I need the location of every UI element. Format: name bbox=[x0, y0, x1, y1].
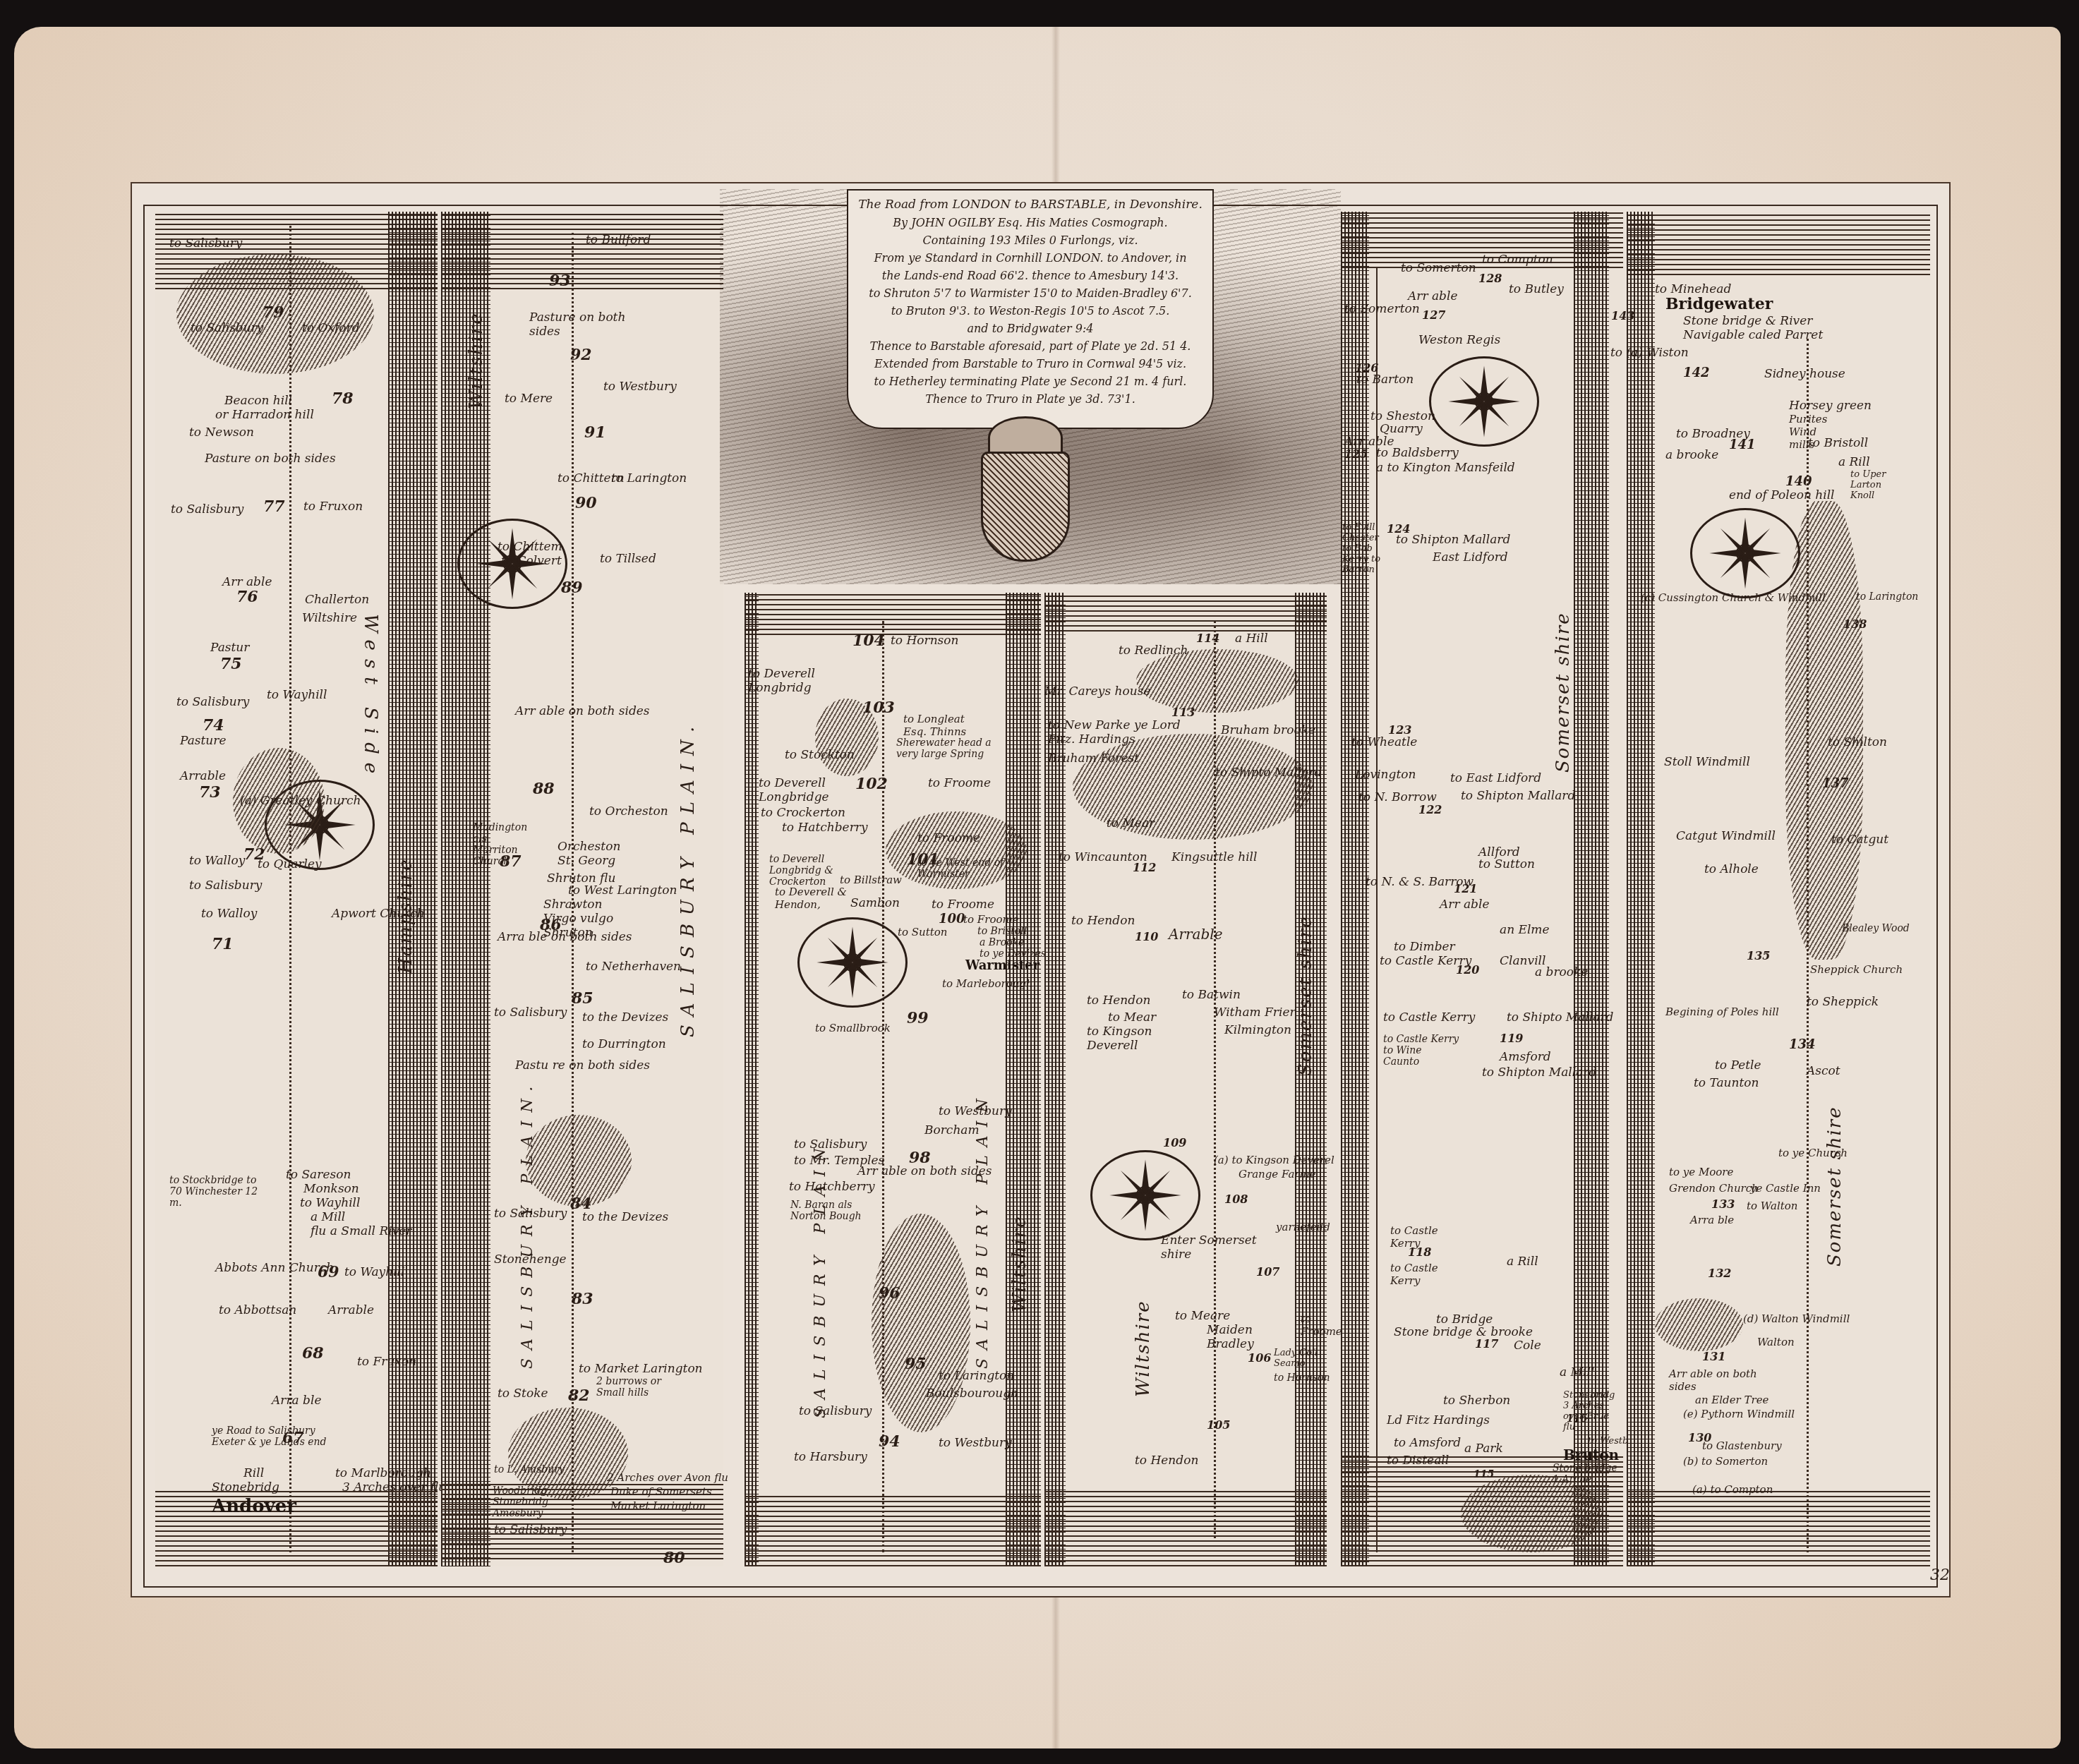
label: Orcheston St. Georg bbox=[558, 840, 621, 868]
label: ye Castle Inn bbox=[1750, 1182, 1821, 1195]
mile-marker: 132 bbox=[1708, 1267, 1731, 1280]
label: Market Larington bbox=[610, 1499, 706, 1512]
label: (a) to Kingson Deverel bbox=[1214, 1154, 1334, 1166]
mile-marker: 69 bbox=[318, 1263, 339, 1281]
mile-marker: 122 bbox=[1418, 803, 1442, 816]
label: to (a) Wiston bbox=[1610, 346, 1689, 360]
mile-marker: 125 bbox=[1344, 447, 1368, 461]
label: ye Road to Salisbury Exeter & ye Lands e… bbox=[212, 1425, 332, 1448]
label: Enter Somerset shire bbox=[1161, 1233, 1260, 1262]
label: 2 Arches over Avon flu bbox=[607, 1471, 728, 1484]
label: Bruham Forest bbox=[1048, 751, 1139, 766]
region-label: SALISBURY PLAIN bbox=[812, 1140, 829, 1418]
scroll-edge-hatching bbox=[1627, 212, 1655, 1566]
mile-marker: 119 bbox=[1500, 1032, 1523, 1045]
mile-marker: 78 bbox=[332, 389, 354, 408]
label: to Bristoll bbox=[977, 926, 1027, 937]
label: Stoll Windmill bbox=[1664, 755, 1750, 769]
label: to Mear bbox=[1107, 816, 1155, 830]
mile-marker: 115 bbox=[1474, 1469, 1494, 1480]
label: to Westbury bbox=[939, 1436, 1012, 1450]
label: Arr able on both sides bbox=[515, 704, 650, 718]
label: a Park bbox=[1464, 1442, 1503, 1456]
cartouche-line: the Lands-end Road 66'2. thence to Amesb… bbox=[848, 267, 1212, 284]
label: to Sutton bbox=[898, 926, 948, 938]
mile-marker: 108 bbox=[1224, 1192, 1248, 1206]
label: Sidney house bbox=[1764, 367, 1845, 381]
scroll-bottom-hatching bbox=[745, 1496, 1041, 1566]
label: to Larington bbox=[939, 1369, 1014, 1383]
mile-marker: 112 bbox=[1133, 861, 1156, 874]
label: to Alhole bbox=[1704, 862, 1759, 876]
mile-marker: 131 bbox=[1702, 1350, 1725, 1363]
label: Lovington bbox=[1355, 768, 1416, 782]
label: Maiden Bradley bbox=[1207, 1323, 1263, 1351]
label: to Salisbury bbox=[189, 878, 262, 893]
label: (e) Pythorn Windmill bbox=[1683, 1408, 1795, 1420]
hill-icon bbox=[526, 1115, 632, 1207]
label: to Taunton bbox=[1694, 1076, 1759, 1090]
label: to Orcheston bbox=[589, 804, 668, 818]
label: to L. Amsbury bbox=[494, 1464, 565, 1475]
mile-marker: 109 bbox=[1163, 1136, 1186, 1149]
label: Wiltshire bbox=[302, 611, 357, 625]
label: to Mear bbox=[1108, 1010, 1156, 1025]
hill-icon bbox=[1655, 1298, 1743, 1351]
label: Monkson bbox=[303, 1182, 359, 1196]
label: to Butley bbox=[1509, 282, 1564, 296]
label: to Shipton Mallard bbox=[1396, 533, 1510, 547]
label: to Redlinch bbox=[1119, 644, 1188, 658]
cartouche-line: By JOHN OGILBY Esq. His Maties Cosmograp… bbox=[848, 214, 1212, 231]
label: to Petle bbox=[1715, 1058, 1761, 1073]
label: Stonebridg bbox=[212, 1480, 279, 1494]
label: to Salisbury bbox=[171, 502, 243, 516]
mile-marker: 117 bbox=[1475, 1337, 1498, 1351]
label: a Mill bbox=[1560, 1365, 1594, 1379]
label: to Bridge bbox=[1436, 1312, 1493, 1327]
cartouche-line: From ye Standard in Cornhill LONDON. to … bbox=[848, 249, 1212, 267]
label: to Sherbon bbox=[1443, 1394, 1510, 1408]
region-label: Wiltshire bbox=[1009, 1215, 1030, 1312]
mile-marker: 127 bbox=[1422, 308, 1445, 322]
town-bruton: Bruton bbox=[1563, 1446, 1619, 1463]
label: Stonebridg 3 Arches over Brue flu bbox=[1563, 1390, 1623, 1432]
label: Quarry bbox=[1380, 422, 1423, 436]
label: to Bullford bbox=[586, 233, 651, 247]
label: to Marlborough bbox=[335, 1466, 431, 1480]
mile-marker: 82 bbox=[568, 1387, 590, 1405]
label: to East Lidford bbox=[1450, 771, 1541, 785]
mile-marker: 94 bbox=[879, 1432, 900, 1451]
label: to Wayhill bbox=[300, 1196, 360, 1210]
label: flu a Small River bbox=[311, 1224, 411, 1238]
mile-marker: 87 bbox=[500, 852, 522, 871]
label: to Hatchberry bbox=[789, 1180, 875, 1194]
label: to Market Larington bbox=[579, 1362, 703, 1376]
label: Grendon Church bbox=[1669, 1182, 1759, 1195]
mile-marker: 90 bbox=[575, 494, 597, 512]
label: (a) Greatley Church bbox=[240, 794, 361, 808]
region-label: Somerset shire bbox=[1553, 612, 1574, 773]
label: to Netherhaven bbox=[586, 960, 681, 974]
label: to Larington bbox=[611, 471, 687, 485]
label: to Shipto Mallard bbox=[1507, 1010, 1613, 1025]
label: to Stockbridge to 70 Winchester 12 m. bbox=[169, 1175, 268, 1209]
label: to Salisbury bbox=[494, 1005, 567, 1020]
label: Stone bridge & River bbox=[1683, 314, 1812, 328]
label: N. Baran als Norton Bough bbox=[790, 1200, 868, 1222]
cartouche-line: Thence to Barstable aforesaid, part of P… bbox=[848, 337, 1212, 355]
region-label: Wiltshire bbox=[466, 312, 487, 409]
label: to Salisbury bbox=[799, 1404, 872, 1418]
mile-marker: 104 bbox=[852, 632, 885, 650]
label: to Shilton bbox=[1828, 735, 1887, 749]
scroll-edge-hatching bbox=[1295, 593, 1327, 1566]
mile-marker: 128 bbox=[1478, 272, 1502, 285]
scroll-edge-hatching bbox=[745, 593, 759, 1566]
label: to Wayhill bbox=[267, 688, 327, 702]
label: Arr able bbox=[1408, 289, 1457, 303]
mile-marker: 85 bbox=[572, 989, 593, 1008]
label: to Durrington bbox=[582, 1037, 666, 1051]
label: Bruham brooke bbox=[1221, 723, 1315, 737]
label: Cole bbox=[1514, 1339, 1541, 1353]
label: to Deverell Longbridge bbox=[759, 776, 836, 804]
scroll-bottom-hatching bbox=[1044, 1489, 1327, 1566]
road-strip-3 bbox=[882, 621, 884, 1552]
label: to Billstraw bbox=[840, 874, 902, 886]
compass-rose-icon bbox=[1090, 1150, 1200, 1240]
mile-marker: 103 bbox=[862, 699, 895, 717]
label: to Deverell Longbridg bbox=[748, 667, 826, 695]
region-label: SALISBURY PLAIN. bbox=[677, 718, 699, 1037]
label: to Marleborough bbox=[942, 977, 1033, 990]
label: Blealey Wood bbox=[1842, 923, 1910, 934]
mile-marker: 93 bbox=[549, 272, 571, 290]
label: Stone bridge 1 Arche bbox=[1553, 1463, 1623, 1485]
mile-marker: 113 bbox=[1171, 706, 1195, 719]
mile-marker: 83 bbox=[572, 1290, 593, 1308]
region-label: West Side bbox=[360, 614, 381, 782]
label: to Shipton Mallard bbox=[1482, 1065, 1596, 1080]
label: Arr able on both sides bbox=[1669, 1367, 1761, 1393]
mile-marker: 141 bbox=[1729, 437, 1756, 452]
label: Challerton bbox=[305, 593, 369, 607]
label: Sambon bbox=[850, 896, 900, 910]
label: a to Kington Mansfeild bbox=[1376, 461, 1515, 475]
label: Weston Regis bbox=[1418, 333, 1500, 347]
label: to Colvert bbox=[501, 554, 562, 568]
hill-icon bbox=[1461, 1475, 1602, 1552]
label: to Larington bbox=[1856, 591, 1918, 603]
label: to Harsbury bbox=[794, 1450, 867, 1464]
scroll-top-hatching bbox=[1627, 212, 1930, 275]
label: 3 Arches over flu bbox=[342, 1480, 446, 1494]
label: to Shipton Mallard bbox=[1461, 789, 1575, 803]
label: Pasture on both sides bbox=[205, 452, 336, 466]
label: Grange Farme bbox=[1239, 1168, 1316, 1180]
label: a Rill bbox=[1838, 455, 1870, 469]
label: to Sareson bbox=[286, 1168, 351, 1182]
scroll-edge-hatching bbox=[1006, 593, 1041, 1566]
label: Amsford bbox=[1500, 1050, 1551, 1064]
mile-marker: 71 bbox=[212, 935, 234, 953]
mile-marker: 121 bbox=[1454, 882, 1477, 895]
label: (c) Cussington Church & Windmill bbox=[1641, 591, 1826, 604]
road-strip-6 bbox=[1807, 339, 1809, 1552]
label: to Oxford bbox=[302, 321, 360, 335]
label: to Disteall bbox=[1387, 1454, 1449, 1468]
hill-icon bbox=[1136, 649, 1298, 713]
label: Arrable bbox=[180, 769, 226, 783]
label: to Froome bbox=[1301, 1312, 1329, 1338]
label: Kingsuttle hill bbox=[1171, 850, 1257, 864]
label: to Hornson bbox=[1274, 1372, 1330, 1384]
mile-marker: 118 bbox=[1408, 1245, 1431, 1259]
label: to Hendon bbox=[1135, 1454, 1198, 1468]
strip-6 bbox=[1627, 212, 1930, 1566]
label: to Hendon bbox=[1071, 914, 1135, 928]
label: end of Poleon hill bbox=[1729, 488, 1835, 502]
mile-marker: 105 bbox=[1207, 1418, 1230, 1432]
label: (d) Walton Windmill bbox=[1743, 1312, 1850, 1325]
mile-marker: 142 bbox=[1683, 366, 1710, 380]
label: to Minehead bbox=[1655, 282, 1731, 296]
label: to Stoke bbox=[498, 1387, 548, 1401]
mile-marker: 114 bbox=[1196, 632, 1219, 645]
label: to Fruxon bbox=[303, 500, 363, 514]
label: to Uper Larton Knoll bbox=[1850, 469, 1893, 501]
label: a brooke bbox=[1535, 965, 1588, 979]
label: to Baldsberry bbox=[1376, 446, 1459, 460]
mile-marker: 137 bbox=[1822, 776, 1849, 791]
label: (b) to Somerton bbox=[1683, 1455, 1768, 1468]
cartouche-line: Containing 193 Miles 0 Furlongs, viz. bbox=[848, 231, 1212, 249]
label: Horsey green bbox=[1789, 399, 1872, 413]
label: to Salisbury bbox=[494, 1523, 567, 1537]
road-strip-4 bbox=[1214, 621, 1216, 1538]
compass-rose-icon bbox=[1429, 356, 1539, 447]
mile-marker: 75 bbox=[220, 655, 242, 673]
region-label: SALISBURY PLAIN bbox=[974, 1090, 992, 1369]
label: Pastur bbox=[210, 641, 249, 655]
label: Arra ble bbox=[272, 1394, 321, 1408]
label: to Salisbury bbox=[191, 321, 263, 335]
page-number: 32 bbox=[1930, 1566, 1950, 1584]
label: to Salisbury bbox=[176, 695, 249, 709]
label: Mr. Careys house bbox=[1044, 684, 1150, 699]
label: Navigable caled Parret bbox=[1683, 328, 1823, 342]
mile-marker: 100 bbox=[939, 912, 965, 926]
scroll-edge-hatching bbox=[1574, 212, 1609, 1566]
mile-marker: 89 bbox=[561, 579, 583, 597]
mile-marker: 135 bbox=[1747, 949, 1770, 962]
label: to Batwin bbox=[1182, 988, 1241, 1002]
label: to Fruxon bbox=[357, 1355, 416, 1369]
label: a Brooke bbox=[980, 937, 1024, 948]
town-warmister: Warmister bbox=[965, 958, 1039, 973]
label: a Hill bbox=[1235, 632, 1268, 646]
mile-marker: 110 bbox=[1135, 930, 1158, 943]
mile-marker: 134 bbox=[1789, 1037, 1816, 1052]
region-label: Somerset shire bbox=[1824, 1106, 1845, 1267]
cartouche-line: to Hetherley terminating Plate ye Second… bbox=[848, 373, 1212, 390]
label: Ascot bbox=[1807, 1064, 1840, 1078]
mile-marker: 96 bbox=[879, 1284, 900, 1303]
label: Pasture bbox=[180, 734, 227, 748]
label: to the Devizes bbox=[582, 1210, 668, 1224]
label: a Mill bbox=[311, 1210, 345, 1224]
label: yarnefeild bbox=[1276, 1221, 1330, 1233]
scroll-edge-hatching bbox=[441, 212, 490, 1566]
label: to Walton bbox=[1747, 1200, 1797, 1212]
label: to Barton bbox=[1356, 373, 1414, 387]
mile-marker: 107 bbox=[1256, 1265, 1279, 1279]
cartouche-line: and to Bridgwater 9:4 bbox=[848, 320, 1212, 337]
label: to Salisbury bbox=[794, 1137, 867, 1152]
label: to Newson bbox=[189, 425, 254, 440]
mile-marker: 99 bbox=[907, 1009, 929, 1027]
scroll-bottom-hatching bbox=[155, 1489, 438, 1566]
label: 2 burrows or Small hills bbox=[596, 1376, 674, 1398]
label: to Wayhill bbox=[344, 1265, 404, 1279]
label: to Longleat Esq. Thinns bbox=[903, 713, 981, 738]
mile-marker: 138 bbox=[1843, 617, 1867, 631]
label: or Harradon hill bbox=[215, 408, 314, 422]
label: Catgut Windmill bbox=[1676, 829, 1776, 843]
label: Arra ble bbox=[1690, 1214, 1734, 1226]
label: Pastu re on both sides bbox=[515, 1058, 650, 1073]
label: to Stockton bbox=[785, 748, 855, 762]
label: to Crockerton bbox=[761, 806, 845, 820]
label: an Elder Tree bbox=[1695, 1394, 1768, 1406]
label: to Castle Kerry bbox=[1390, 1262, 1468, 1287]
label: Kilmington bbox=[1224, 1023, 1291, 1037]
label: to Walloy bbox=[189, 854, 245, 868]
mile-marker: 120 bbox=[1456, 963, 1479, 977]
region-label: Wiltshire bbox=[1133, 1300, 1154, 1397]
town-andover: Andover bbox=[212, 1496, 296, 1517]
label: to Westbury bbox=[603, 380, 677, 394]
compass-rose-icon bbox=[1690, 508, 1800, 598]
label: to Meare bbox=[1175, 1309, 1230, 1323]
label: Pasture on both sides bbox=[529, 310, 635, 339]
hill-icon bbox=[1785, 501, 1863, 960]
mile-marker: 143 bbox=[1611, 309, 1634, 322]
label: Stone bridge & brooke bbox=[1394, 1325, 1533, 1339]
label: to Glastenbury bbox=[1702, 1439, 1782, 1452]
label: to New Parke ye Lord Fitz. Hardings bbox=[1048, 718, 1189, 747]
label: Walton bbox=[1757, 1336, 1795, 1348]
label: to Bab Kerry to Barron bbox=[1342, 543, 1381, 575]
label: Duke of Somersets bbox=[610, 1485, 712, 1498]
cartouche-line: Thence to Truro in Plate ye 3d. 73'1. bbox=[848, 390, 1212, 408]
mile-marker: 68 bbox=[302, 1344, 324, 1363]
label: to Quarley bbox=[258, 857, 322, 871]
label: to Somerton bbox=[1401, 261, 1476, 275]
label: Beacon hill bbox=[224, 394, 292, 408]
label: to Froome bbox=[917, 831, 980, 845]
label: Arr able on both sides bbox=[857, 1164, 1027, 1178]
mile-marker: 77 bbox=[263, 497, 285, 516]
label: to Deverell & Hendon, bbox=[775, 886, 852, 911]
label: to Kingson Deverell bbox=[1087, 1025, 1164, 1053]
cartouche-line: to Bruton 9'3. to Weston-Regis 10'5 to A… bbox=[848, 302, 1212, 320]
label: to Castle Kerry bbox=[1383, 1010, 1475, 1025]
mile-marker: 133 bbox=[1711, 1197, 1735, 1211]
label: Arr able bbox=[1440, 898, 1489, 912]
mile-marker: 116 bbox=[1567, 1413, 1587, 1425]
scroll-top-hatching bbox=[1044, 593, 1327, 632]
mile-marker: 91 bbox=[584, 423, 606, 442]
label: Lady Coll Seamo bbox=[1274, 1348, 1323, 1369]
region-label: SALISBURY PLAIN. bbox=[519, 1078, 536, 1369]
label: Witham Frier bbox=[1214, 1005, 1296, 1020]
label: to Somerton bbox=[1344, 302, 1420, 316]
label: Ld Fitz Hardings bbox=[1387, 1413, 1490, 1427]
label: to Shipto Mallard bbox=[1215, 766, 1322, 780]
region-label: Hampshire bbox=[395, 858, 416, 974]
label: to Chittem bbox=[498, 540, 562, 554]
label: Abbots Ann Church bbox=[215, 1261, 334, 1275]
label: to N. Borrow bbox=[1358, 790, 1437, 804]
cartouche-line: Extended from Barstable to Truro in Corn… bbox=[848, 355, 1212, 373]
label: to Froome bbox=[928, 776, 991, 790]
label: Boulsbourough bbox=[926, 1387, 1018, 1401]
label: to Hornson bbox=[891, 634, 959, 648]
road-strip-1 bbox=[289, 226, 291, 1552]
mile-marker: 140 bbox=[1785, 474, 1812, 489]
label: Arrable bbox=[328, 1303, 374, 1317]
label: to the Devizes bbox=[582, 1010, 668, 1025]
mile-marker: 106 bbox=[1248, 1351, 1271, 1365]
label: to Catgut bbox=[1831, 833, 1888, 847]
mile-marker: 80 bbox=[663, 1549, 685, 1567]
title-cartouche: The Road from LONDON to BARSTABLE, in De… bbox=[847, 189, 1214, 429]
label: a brooke bbox=[1665, 448, 1718, 462]
label: (a) to Compton bbox=[1692, 1483, 1773, 1496]
label: to Sutton bbox=[1478, 857, 1535, 871]
royal-coat-of-arms-icon bbox=[981, 452, 1070, 562]
town-bridgewater: Bridgewater bbox=[1665, 295, 1773, 313]
label: Sherewater head a very large Spring bbox=[896, 737, 995, 760]
label: Rill bbox=[243, 1466, 264, 1480]
region-label: Somerset shire bbox=[1295, 915, 1316, 1076]
mile-marker: 67 bbox=[282, 1429, 304, 1447]
label: Begining of Poles hill bbox=[1665, 1005, 1779, 1018]
cartouche-line: The Road from LONDON to BARSTABLE, in De… bbox=[848, 196, 1212, 214]
label: to Mere bbox=[505, 392, 553, 406]
scroll-edge-hatching bbox=[1341, 212, 1369, 1566]
mile-marker: 79 bbox=[263, 303, 284, 322]
label: Sheppick Church bbox=[1810, 963, 1903, 976]
label: an Elme bbox=[1500, 923, 1550, 937]
mile-marker: 102 bbox=[855, 775, 888, 793]
mile-marker: 92 bbox=[570, 346, 592, 364]
label: to West Larington bbox=[568, 883, 677, 898]
strip-3 bbox=[745, 593, 1041, 1566]
label: to Sheppick bbox=[1807, 995, 1879, 1009]
label: East Lidford bbox=[1433, 550, 1508, 564]
label: to Tillsed bbox=[600, 552, 656, 566]
label: a Rill bbox=[1507, 1255, 1538, 1269]
label: Woodbridg Stonebridg Amesbury bbox=[493, 1485, 563, 1519]
label: Arrable bbox=[1169, 926, 1223, 943]
label: to Amsford bbox=[1394, 1436, 1461, 1450]
label: to Sheston bbox=[1370, 409, 1435, 423]
cartouche-line: to Shruton 5'7 to Warmister 15'0 to Maid… bbox=[848, 284, 1212, 302]
